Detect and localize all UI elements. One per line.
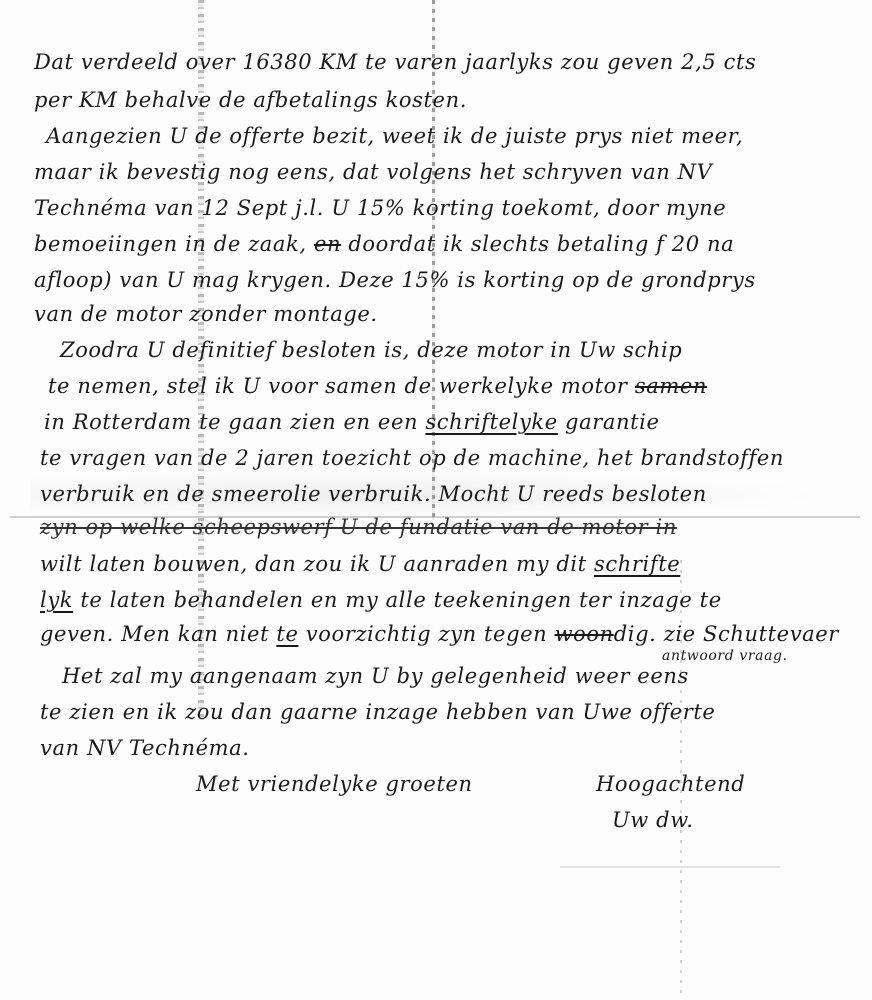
letter-line-5: Technéma van 12 Sept j.l. U 15% korting … — [34, 196, 726, 220]
letter-line-11: in Rotterdam te gaan zien en een schrift… — [44, 410, 660, 434]
letter-line-4: maar ik bevestig nog eens, dat volgens h… — [34, 160, 712, 184]
letter-line-8: van de motor zonder montage. — [34, 302, 378, 326]
letter-line-6: bemoeiingen in de zaak, en doordat ik sl… — [34, 232, 734, 256]
interlinear-note: antwoord vraag. — [662, 648, 788, 664]
signoff: Hoogachtend — [596, 772, 745, 796]
letter-line-13: verbruik en de smeerolie verbruik. Mocht… — [40, 482, 707, 506]
struck-word: woon — [555, 622, 614, 646]
struck-word: en — [314, 232, 341, 256]
paper-fold-vertical-center — [432, 0, 435, 520]
letter-line-6-text: bemoeiingen in de zaak, — [34, 232, 314, 256]
letter-line-1: Dat verdeeld over 16380 KM te varen jaar… — [34, 50, 756, 74]
letter-line-14-struck: zyn op welke scheepswerf U de fundatie v… — [40, 515, 677, 539]
letter-line-20: van NV Technéma. — [40, 736, 250, 760]
letter-line-10: te nemen, stel ik U voor samen de werkel… — [48, 374, 707, 398]
letter-line-16-text: te laten behandelen en my alle teekening… — [73, 588, 722, 612]
letter-line-11-rest: garantie — [558, 410, 660, 434]
letter-line-11-text: in Rotterdam te gaan zien en een — [44, 410, 425, 434]
letter-line-7: afloop) van U mag krygen. Deze 15% is ko… — [34, 268, 756, 292]
underlined-word: schriftelyke — [425, 410, 557, 434]
letter-line-6-rest: doordat ik slechts betaling f 20 na — [341, 232, 734, 256]
underlined-word: te — [276, 622, 298, 646]
struck-word: samen — [635, 374, 707, 398]
letter-line-9: Zoodra U definitief besloten is, deze mo… — [60, 338, 682, 362]
signature: Uw dw. — [612, 808, 694, 832]
underlined-word: schrifte — [594, 552, 680, 576]
letter-line-17-rest: dig. zie Schuttevaer — [614, 622, 839, 646]
scanned-letter-page: Dat verdeeld over 16380 KM te varen jaar… — [0, 0, 872, 1000]
letter-line-12: te vragen van de 2 jaren toezicht op de … — [40, 446, 784, 470]
closing-greeting: Met vriendelyke groeten — [196, 772, 473, 796]
letter-line-19: te zien en ik zou dan gaarne inzage hebb… — [40, 700, 715, 724]
paper-crease-lower — [560, 866, 780, 868]
underlined-word: lyk — [40, 588, 73, 612]
letter-line-18: Het zal my aangenaam zyn U by gelegenhei… — [62, 664, 689, 688]
letter-line-15-text: wilt laten bouwen, dan zou ik U aanraden… — [40, 552, 594, 576]
letter-line-2: per KM behalve de afbetalings kosten. — [34, 88, 467, 112]
letter-line-17-mid: voorzichtig zyn tegen — [298, 622, 554, 646]
letter-line-10-text: te nemen, stel ik U voor samen de werkel… — [48, 374, 635, 398]
letter-line-17-text: geven. Men kan niet — [40, 622, 276, 646]
letter-line-3: Aangezien U de offerte bezit, weet ik de… — [46, 124, 743, 148]
letter-line-16: lyk te laten behandelen en my alle teeke… — [40, 588, 722, 612]
letter-line-15: wilt laten bouwen, dan zou ik U aanraden… — [40, 552, 680, 576]
letter-line-17: geven. Men kan niet te voorzichtig zyn t… — [40, 622, 839, 646]
